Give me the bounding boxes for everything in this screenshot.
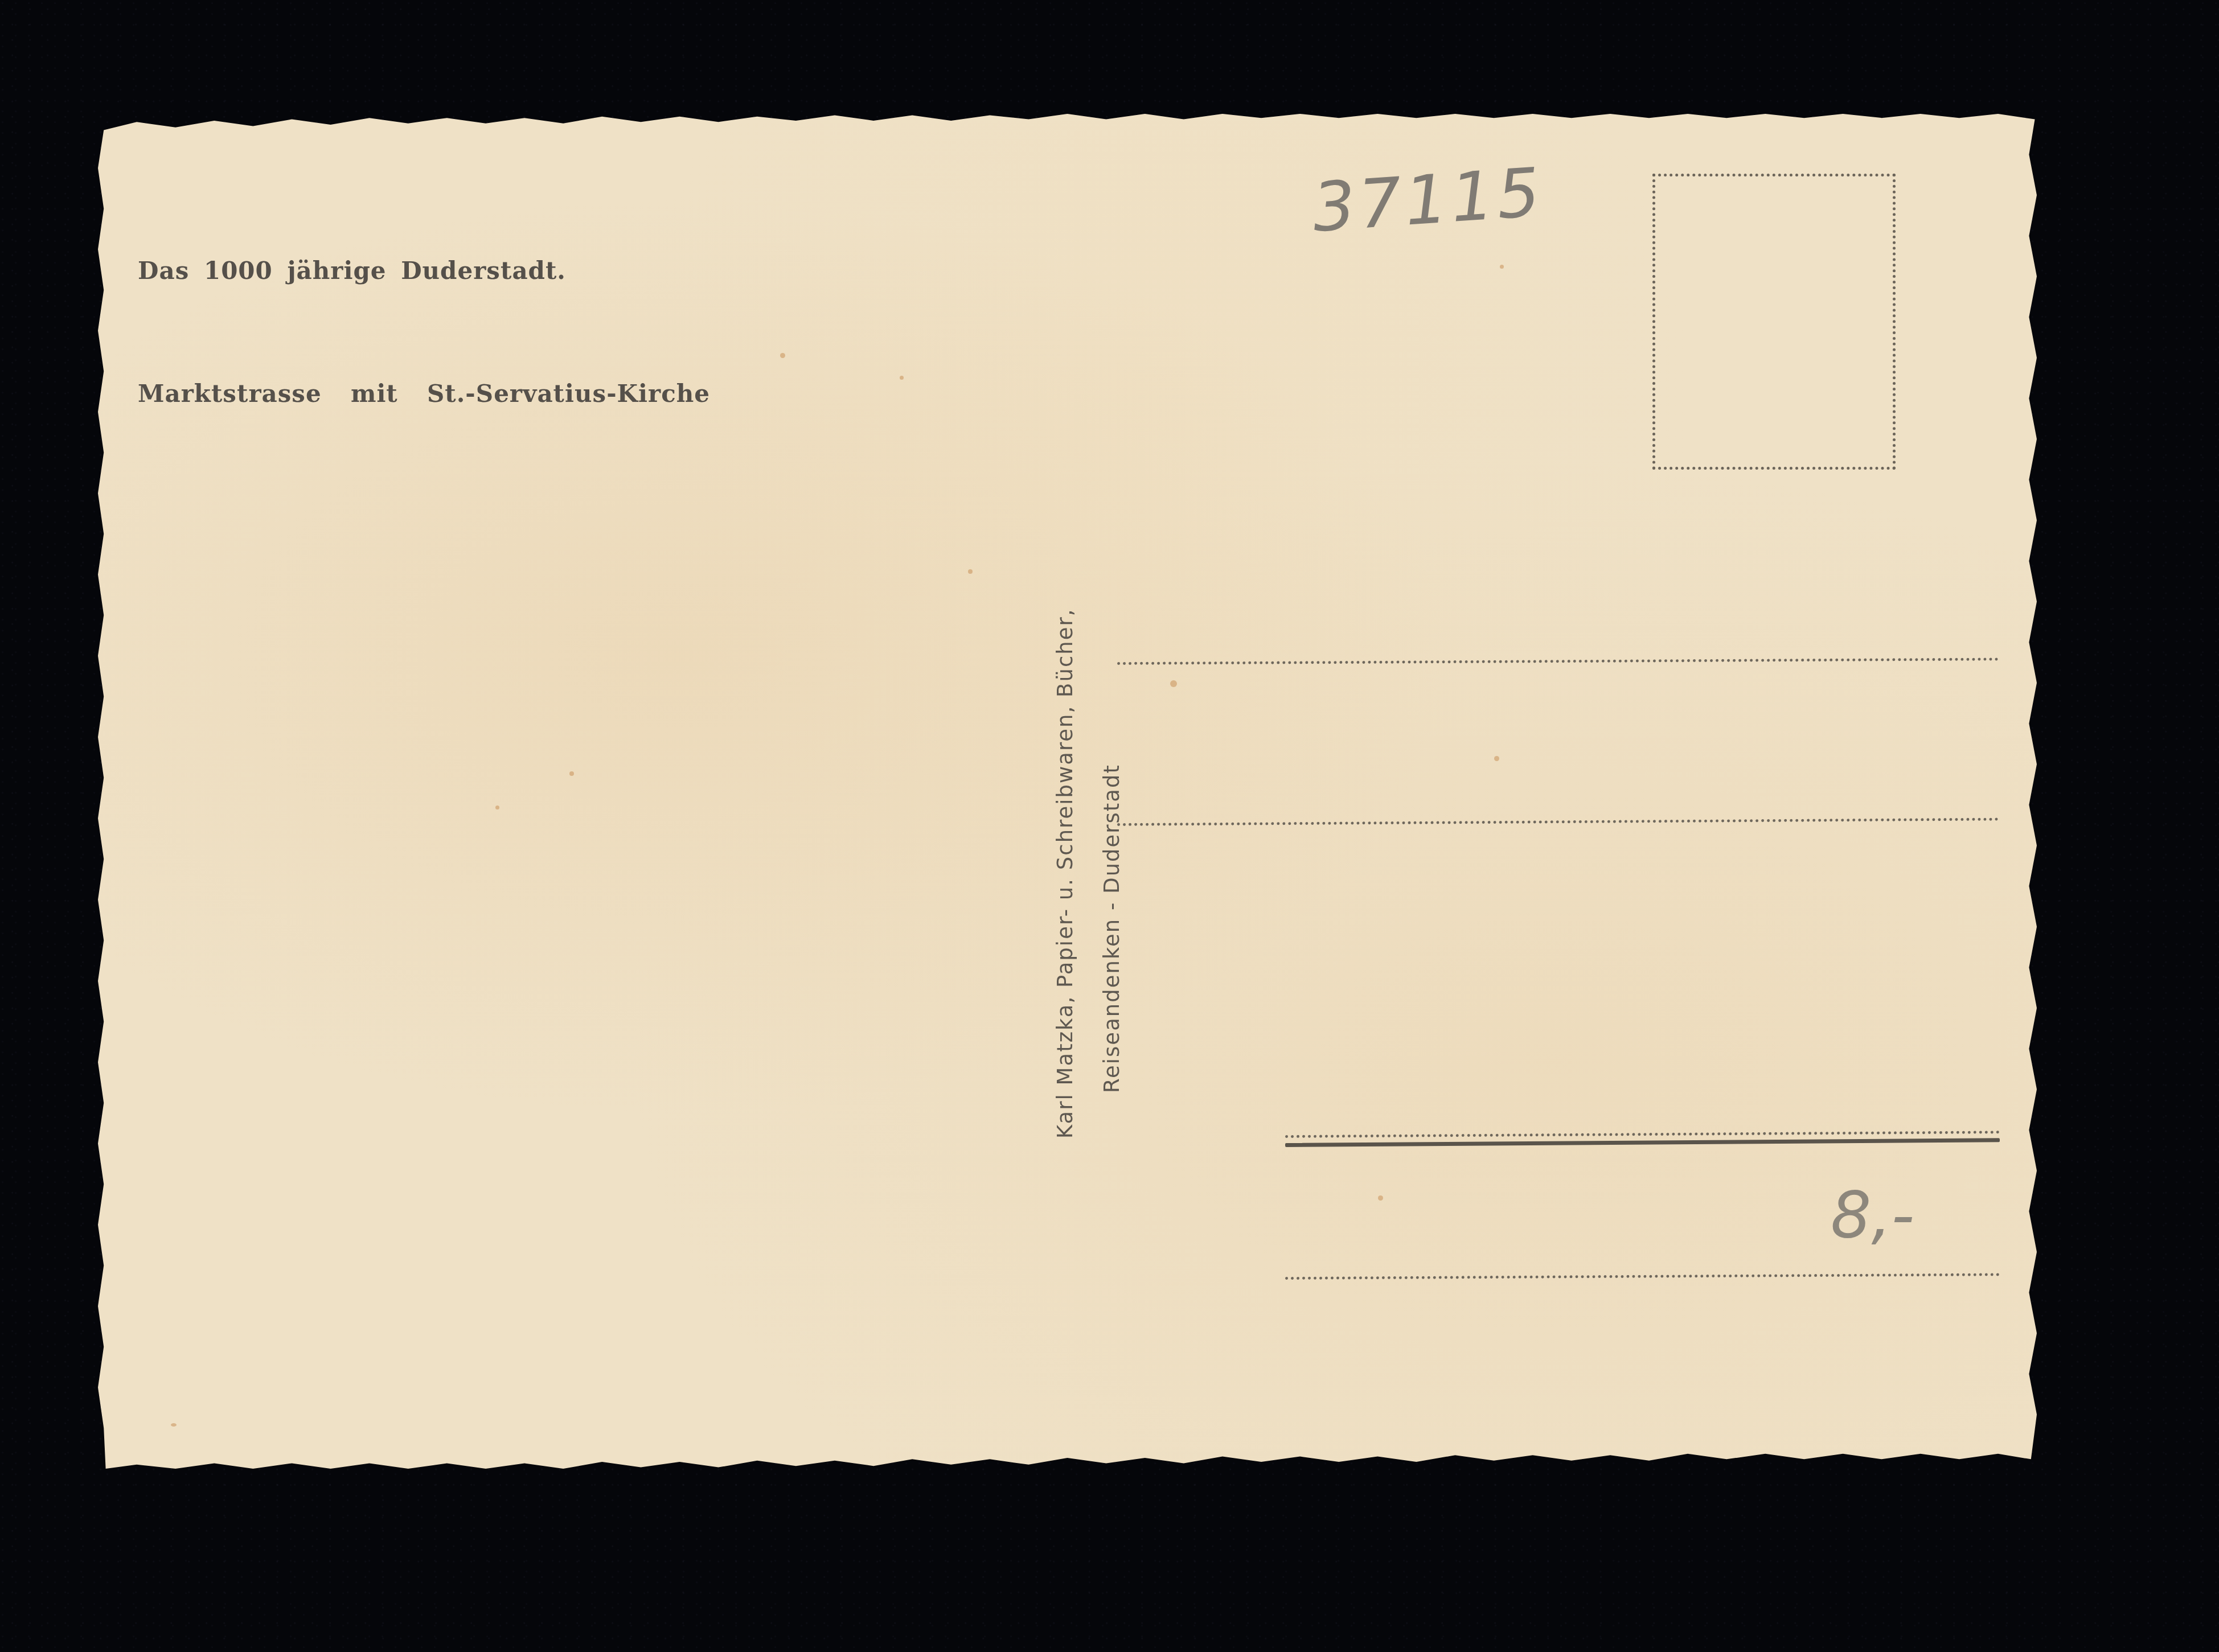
- handwritten-inventory-number: 37115: [1310, 153, 1546, 247]
- paper-speck: [968, 569, 973, 574]
- caption-line-1: Das 1000 jährige Duderstadt.: [138, 250, 710, 291]
- publisher-line-1: Karl Matzka, Papier- u. Schreibwaren, Bü…: [1042, 609, 1089, 1139]
- stamp-placement-box: [1652, 174, 1896, 470]
- handwritten-price: 8,-: [1831, 1178, 1914, 1252]
- paper-speck: [495, 806, 499, 809]
- paper-speck: [780, 353, 785, 358]
- paper-speck: [1170, 680, 1177, 687]
- paper-speck: [171, 1423, 177, 1427]
- paper-speck: [1378, 1195, 1383, 1201]
- paper-speck: [1494, 756, 1499, 761]
- postcard-caption: Das 1000 jährige Duderstadt. Marktstrass…: [138, 169, 710, 496]
- paper-speck: [569, 771, 574, 776]
- publisher-line-2: Reiseandenken - Duderstadt: [1089, 609, 1135, 1139]
- scan-background: Das 1000 jährige Duderstadt. Marktstrass…: [0, 0, 2219, 1652]
- paper-speck: [1500, 265, 1504, 269]
- caption-line-2: Marktstrasse mit St.-Servatius-Kirche: [138, 373, 710, 414]
- publisher-imprint: Karl Matzka, Papier- u. Schreibwaren, Bü…: [1042, 609, 1135, 1139]
- paper-speck: [900, 376, 904, 380]
